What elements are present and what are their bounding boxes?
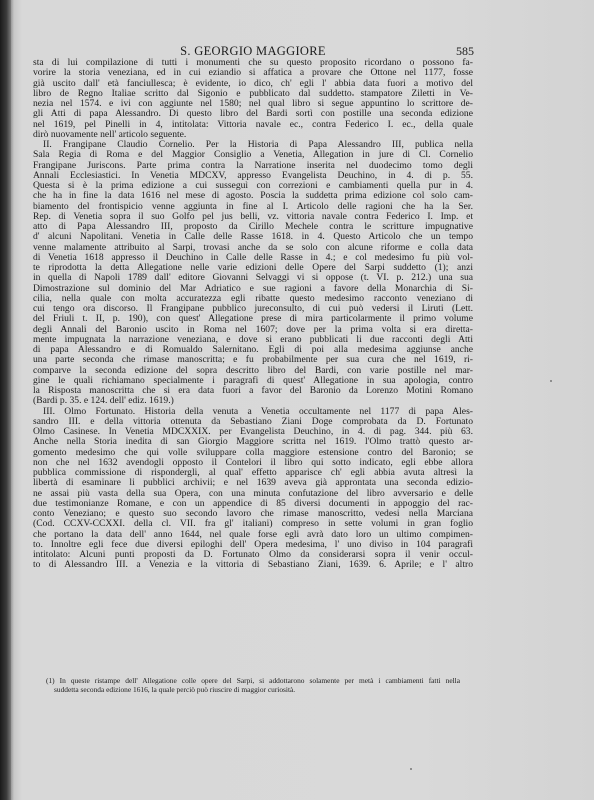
body-text: sta di lui compilazione di tutti i monum…: [33, 58, 473, 571]
footnote-line: suddetta seconda edizione 1616, la quale…: [46, 685, 460, 694]
running-title: S. GEORGIO MAGGIORE: [33, 44, 473, 59]
text-line: vorire la storia veneziana, ed in cui ez…: [33, 68, 473, 78]
text-line: che portano la data dell' anno 1644, nel…: [33, 530, 473, 540]
text-line: in quella di Napoli 1789 dall' editore G…: [33, 273, 473, 283]
text-line: gli Atti di papa Alessandro. Di questo l…: [33, 109, 473, 119]
text-line: Frangipane Juriscons. Parte prima contra…: [33, 161, 473, 171]
page-number: 585: [456, 44, 474, 59]
text-line: III. Olmo Fortunato. Historia della venu…: [33, 407, 473, 417]
text-line: venne malamente attribuito al Sarpi, tro…: [33, 243, 473, 253]
text-line: degli Annali del Baronio uscito in Roma …: [33, 325, 473, 335]
text-line: Rep. di Venetia sopra il suo Golfo pel j…: [33, 212, 473, 222]
text-line: nel 1619, pel Pinelli in 4, intitolata: …: [33, 120, 473, 130]
text-line: Olmo Casinese. In Venetia MDCXXIX. per E…: [33, 427, 473, 437]
text-line: dirò nuovamente nell' articolo seguente.: [33, 130, 473, 140]
scanned-book-page: S. GEORGIO MAGGIORE 585 sta di lui compi…: [0, 0, 594, 800]
text-line: to di Alessandro III. a Venezia e la vit…: [33, 560, 473, 570]
text-line: cilia, nella quale con molta accuratezza…: [33, 294, 473, 304]
book-binding-edge: [0, 0, 11, 800]
text-line: ne assai più vasta della sua Opera, con …: [33, 489, 473, 499]
text-line: pubblica commissione di rispondergli, al…: [33, 468, 473, 478]
text-line: la Risposta manoscritta che si era data …: [33, 386, 473, 396]
text-line: to. Innoltre egli fece due diversi epilo…: [33, 540, 473, 550]
text-line: gine le quali richiamano specialmente i …: [33, 376, 473, 386]
text-line: cui tengo ora discorso. Il Frangipane pu…: [33, 304, 473, 314]
text-line: Annali Ecclesiastici. In Venetia MDCXV, …: [33, 171, 473, 181]
text-line: mente impugnata la narrazione veneziana,…: [33, 335, 473, 345]
footnote-line: (1) In queste ristampe dell' Allegatione…: [46, 676, 460, 685]
text-line: sta di lui compilazione di tutti i monum…: [33, 58, 473, 68]
text-line: libertà di esaminare li pubblici archivi…: [33, 478, 473, 488]
text-line: libro de Regno Italiae scritto dal Sigon…: [33, 89, 473, 99]
text-line: Sala Regia di Roma e del Maggior Consigl…: [33, 150, 473, 160]
text-line: Anche nella Storia inedita di san Giorgi…: [33, 437, 473, 447]
text-line: che ha in fine la data 1616 nel mese di …: [33, 191, 473, 201]
text-line: nezia nel 1574. e ivi con aggiunte nel 1…: [33, 99, 473, 109]
text-line: d' alcuni Napolitani. Venetia in Calle d…: [33, 232, 473, 242]
text-line: (Bardi p. 35. e 124. dell' ediz. 1619.): [33, 396, 473, 406]
text-line: te riprodotta la detta Allegatione nelle…: [33, 263, 473, 273]
text-line: II. Frangipane Claudio Cornelio. Per la …: [33, 140, 473, 150]
page-header: S. GEORGIO MAGGIORE 585: [33, 44, 473, 58]
text-line: di papa Alessandro e di Romualdo Salerni…: [33, 345, 473, 355]
text-line: comparve la seconda edizione del sopra d…: [33, 366, 473, 376]
text-line: del Friuli t. II, p. 190), con quest' Al…: [33, 314, 473, 324]
paper-speck: [550, 380, 552, 382]
text-line: intitolato: Alcuni punti proposti da D. …: [33, 550, 473, 560]
text-line: (Cod. CCXV-CCXXI. della cl. VII. fra gl'…: [33, 519, 473, 529]
text-line: atto di Papa Alessandro III, proposto da…: [33, 222, 473, 232]
text-line: Dimostrazione sul dominio del Mar Adriat…: [33, 284, 473, 294]
text-line: gomento medesimo che qui volle sviluppar…: [33, 448, 473, 458]
footnote: (1) In queste ristampe dell' Allegatione…: [46, 676, 460, 694]
text-line: conto Veneziano; e questo suo secondo la…: [33, 509, 473, 519]
text-line: Questa si è la prima edizione a cui suss…: [33, 181, 473, 191]
text-line: due testimonianze Romane, e con un appen…: [33, 499, 473, 509]
text-line: di Venetia 1618 appresso il Deuchino in …: [33, 253, 473, 263]
text-line: una parte seconda che rimase manoscritta…: [33, 355, 473, 365]
text-line: sandro III. e della vittoria ottenuta da…: [33, 417, 473, 427]
paper-speck: [410, 768, 412, 770]
paper-speck: [352, 94, 354, 96]
text-line: già uscito dall' età fanciullesca; è evi…: [33, 79, 473, 89]
text-line: biamento del frontispicio venne aggiunta…: [33, 202, 473, 212]
text-line: non che nel 1632 avendogli opposto il Co…: [33, 458, 473, 468]
